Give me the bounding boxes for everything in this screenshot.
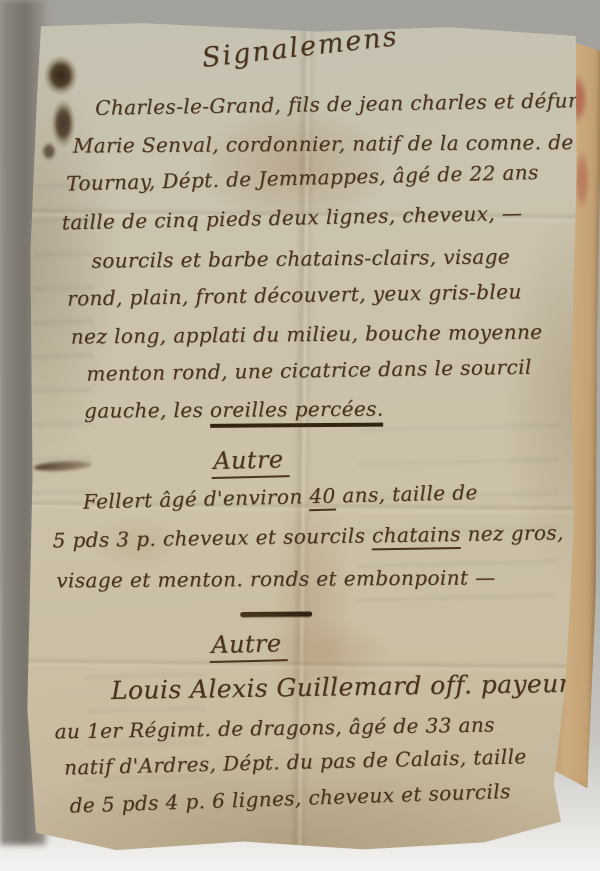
manuscript-line: taille de cinq pieds deux lignes, cheveu… [62,201,523,235]
manuscript-line: menton rond, une cicatrice dans le sourc… [86,355,532,386]
underlined-text: oreilles percées. [210,397,384,428]
section-heading-autre: Autre [211,445,290,475]
underlined-text: 40 [309,484,336,512]
heading-text: Autre [211,445,290,479]
line-text: nez gros, [461,520,564,546]
section-heading-autre: Autre [209,629,288,659]
heading-text: Autre [209,629,288,663]
wax-stain [44,55,78,95]
separator-stroke [240,611,312,617]
manuscript-line: Marie Senval, cordonnier, natif de la co… [73,130,574,157]
manuscript-line: sourcils et barbe chatains-clairs, visag… [91,244,510,272]
manuscript-line: nez long, applati du milieu, bouche moye… [71,320,543,349]
manuscript-line: visage et menton. ronds et embonpoint — [56,565,495,592]
manuscript-line: Charles-le-Grand, fils de jean charles e… [95,88,600,120]
manuscript-paper: Signalemens Charles-le-Grand, fils de je… [24,21,581,855]
manuscript-line: rond, plain, front découvert, yeux gris-… [67,279,522,310]
line-text: 5 pds 3 p. cheveux et sourcils [52,523,372,552]
manuscript-line: gauche, les oreilles percées. [84,397,384,423]
photo-background: Signalemens Charles-le-Grand, fils de je… [0,0,600,871]
underlined-text: chatains [372,522,461,550]
line-text: gauche, les [84,398,210,423]
line-text: ans, taille de [335,480,478,507]
wax-stain [41,141,57,161]
